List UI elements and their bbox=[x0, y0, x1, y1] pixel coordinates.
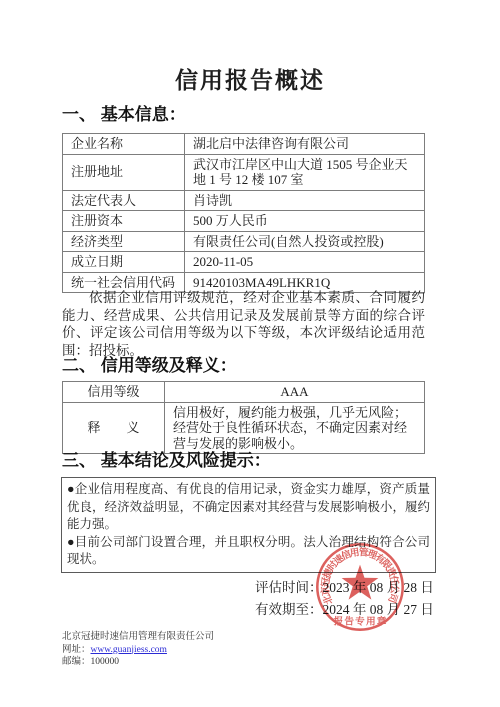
valid-until-line: 有效期至：2024 年 08 月 27 日 bbox=[255, 599, 434, 621]
row-label: 企业名称 bbox=[63, 134, 185, 155]
table-row: 企业名称 湖北启中法律咨询有限公司 bbox=[63, 134, 425, 155]
website-link[interactable]: www.guanjiess.com bbox=[91, 645, 167, 655]
risk-bullet: ●企业信用程度高、有优良的信用记录，资金实力雄厚，资产质量优良，经济效益明显，不… bbox=[67, 481, 430, 534]
row-label: 注册资本 bbox=[63, 211, 185, 232]
basic-info-table: 企业名称 湖北启中法律咨询有限公司 注册地址 武汉市江岸区中山大道 1505 号… bbox=[62, 133, 425, 293]
footer-company: 北京冠捷时速信用管理有限责任公司 bbox=[62, 631, 214, 644]
row-label: 注册地址 bbox=[63, 154, 185, 190]
grade-value: AAA bbox=[165, 382, 425, 403]
row-label: 成立日期 bbox=[63, 252, 185, 273]
zip-value: 100000 bbox=[91, 657, 120, 667]
table-row: 注册地址 武汉市江岸区中山大道 1505 号企业天地 1 号 12 楼 107 … bbox=[63, 154, 425, 190]
footer-website-line: 网址：www.guanjiess.com bbox=[62, 644, 214, 657]
row-value: 武汉市江岸区中山大道 1505 号企业天地 1 号 12 楼 107 室 bbox=[185, 154, 425, 190]
table-row: 成立日期 2020-11-05 bbox=[63, 252, 425, 273]
table-row: 注册资本 500 万人民币 bbox=[63, 211, 425, 232]
evaluation-date-label: 评估时间： bbox=[255, 580, 323, 595]
section1-heading: 一、 基本信息： bbox=[62, 100, 186, 125]
table-row: 信用等级 AAA bbox=[63, 382, 425, 403]
website-label: 网址： bbox=[62, 645, 91, 655]
row-value: 有限责任公司(自然人投资或控股) bbox=[185, 231, 425, 252]
row-value: 肖诗凯 bbox=[185, 190, 425, 211]
credit-grade-table: 信用等级 AAA 释 义 信用极好，履约能力极强，几乎无风险；经营处于良性循环状… bbox=[62, 381, 425, 454]
grade-label: 信用等级 bbox=[63, 382, 165, 403]
valid-until-value: 2024 年 08 月 27 日 bbox=[323, 602, 434, 617]
risk-conclusion-box: ●企业信用程度高、有优良的信用记录，资金实力雄厚，资产质量优良，经济效益明显，不… bbox=[61, 477, 436, 573]
risk-bullet: ●目前公司部门设置合理，并且职权分明。法人治理结构符合公司现状。 bbox=[67, 534, 430, 569]
row-value: 500 万人民币 bbox=[185, 211, 425, 232]
evaluation-date-value: 2023 年 08 月 28 日 bbox=[323, 580, 434, 595]
row-label: 经济类型 bbox=[63, 231, 185, 252]
section3-heading: 三、 基本结论及风险提示： bbox=[62, 446, 271, 471]
valid-until-label: 有效期至： bbox=[255, 602, 323, 617]
footer: 北京冠捷时速信用管理有限责任公司 网址：www.guanjiess.com 邮编… bbox=[62, 631, 214, 669]
footer-zip-line: 邮编：100000 bbox=[62, 656, 214, 669]
row-value: 湖北启中法律咨询有限公司 bbox=[185, 134, 425, 155]
credit-report-page: 信用报告概述 一、 基本信息： 企业名称 湖北启中法律咨询有限公司 注册地址 武… bbox=[0, 0, 500, 707]
row-value: 2020-11-05 bbox=[185, 252, 425, 273]
table-row: 法定代表人 肖诗凯 bbox=[63, 190, 425, 211]
row-label: 法定代表人 bbox=[63, 190, 185, 211]
dates-block: 评估时间：2023 年 08 月 28 日 有效期至：2024 年 08 月 2… bbox=[255, 577, 434, 621]
zip-label: 邮编： bbox=[62, 657, 91, 667]
evaluation-date-line: 评估时间：2023 年 08 月 28 日 bbox=[255, 577, 434, 599]
page-title: 信用报告概述 bbox=[0, 62, 500, 95]
rating-basis-paragraph: 依据企业信用评级规范，经对企业基本素质、合同履约能力、经营成果、公共信用记录及发… bbox=[62, 289, 425, 359]
table-row: 经济类型 有限责任公司(自然人投资或控股) bbox=[63, 231, 425, 252]
section2-heading: 二、 信用等级及释义： bbox=[62, 351, 237, 376]
